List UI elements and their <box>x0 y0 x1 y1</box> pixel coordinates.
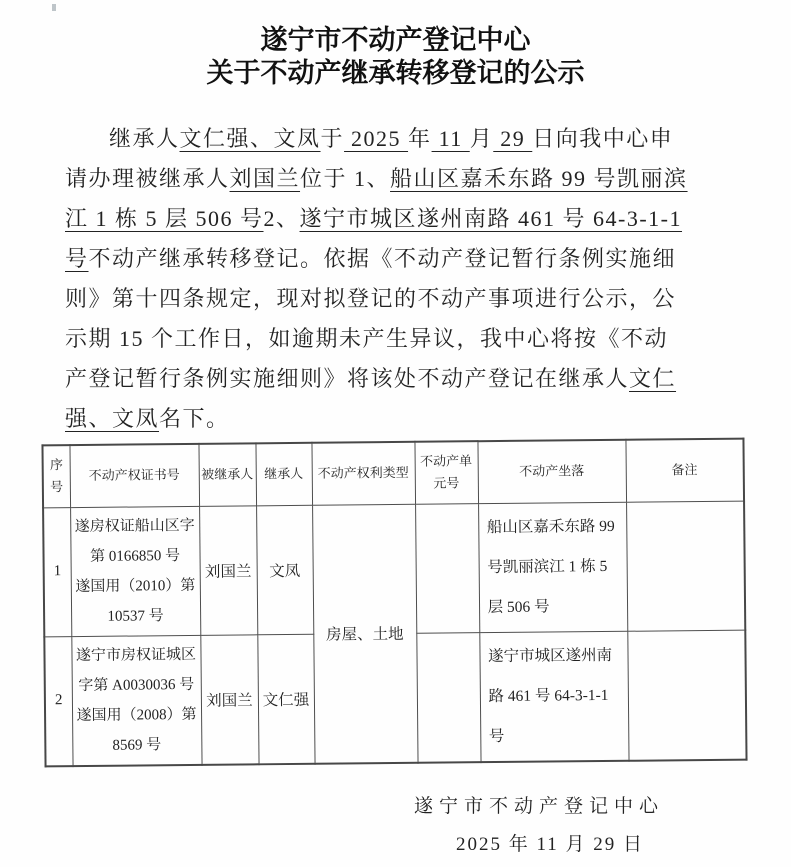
underlined-text: 船山区嘉禾东路 99 号凯丽滨 <box>390 166 688 191</box>
body-line: 请办理被继承人刘国兰位于 1、船山区嘉禾东路 99 号凯丽滨 <box>65 162 745 202</box>
cell-seq-2: 2 <box>44 636 72 766</box>
cell-heir-2: 文仁强 <box>257 634 314 764</box>
text-segment: 不动产继承转移登记。依据《不动产登记暂行条例实施细 <box>89 246 677 271</box>
cell-unit-2 <box>416 632 480 762</box>
registration-table: 序号 不动产权证书号 被继承人 继承人 不动产权利类型 不动产单元号 不动产坐落… <box>41 438 747 767</box>
text-segment: 继承人 <box>109 126 180 151</box>
header-decedent: 被继承人 <box>198 443 256 506</box>
title-line-1: 遂宁市不动产登记中心 <box>0 24 791 57</box>
cell-location-2: 遂宁市城区遂州南路 461 号 64-3-1-1 号 <box>479 631 628 762</box>
text-segment: 于 <box>321 126 345 151</box>
body-line: 号不动产继承转移登记。依据《不动产登记暂行条例实施细 <box>65 242 745 282</box>
underlined-text: 强、文凤 <box>65 406 159 431</box>
body-line: 强、文凤名下。 <box>65 402 745 442</box>
notice-body: 继承人文仁强、文凤于 2025 年 11 月 29 日向我中心申请办理被继承人刘… <box>65 122 745 442</box>
text-segment: 月 <box>470 126 494 151</box>
signature-date: 2025 年 11 月 29 日 <box>456 829 644 856</box>
body-line: 继承人文仁强、文凤于 2025 年 11 月 29 日向我中心申 <box>65 122 745 162</box>
cell-right-type: 房屋、土地 <box>312 504 417 763</box>
underlined-text: 文仁 <box>629 366 676 391</box>
cell-unit-1 <box>415 503 479 633</box>
text-segment: 产登记暂行条例实施细则》将该处不动产登记在继承人 <box>65 366 629 391</box>
underlined-text: 刘国兰 <box>230 166 301 191</box>
document-title: 遂宁市不动产登记中心 关于不动产继承转移登记的公示 <box>0 24 791 90</box>
header-unit-no: 不动产单元号 <box>414 441 478 504</box>
notice-document: 遂宁市不动产登记中心 关于不动产继承转移登记的公示 继承人文仁强、文凤于 202… <box>0 0 791 867</box>
body-line: 示期 15 个工作日，如逾期未产生异议，我中心将按《不动 <box>65 322 745 362</box>
cell-location-1: 船山区嘉禾东路 99 号凯丽滨江 1 栋 5 层 506 号 <box>478 502 627 632</box>
cell-heir-1: 文凤 <box>256 505 313 635</box>
underlined-text: 2025 <box>344 126 408 151</box>
body-line: 江 1 栋 5 层 506 号2、遂宁市城区遂州南路 461 号 64-3-1-… <box>65 202 745 242</box>
body-line: 则》第十四条规定，现对拟登记的不动产事项进行公示，公 <box>65 282 745 322</box>
title-line-2: 关于不动产继承转移登记的公示 <box>0 57 791 90</box>
cell-note-2 <box>627 630 746 761</box>
text-segment: 日向我中心申 <box>532 126 673 151</box>
underlined-text: 文仁强、文凤 <box>180 126 321 151</box>
table-row: 1 遂房权证船山区字第 0166850 号 遂国用（2010）第 10537 号… <box>43 501 745 637</box>
header-cert-no: 不动产权证书号 <box>69 444 199 507</box>
cell-note-1 <box>626 501 745 631</box>
cell-decedent-2: 刘国兰 <box>200 634 258 764</box>
signature-org: 遂宁市不动产登记中心 <box>414 791 664 818</box>
cell-cert-2: 遂宁市房权证城区字第 A0030036 号 遂国用（2008）第 8569 号 <box>71 635 201 766</box>
text-segment: 名下。 <box>159 406 230 431</box>
underlined-text: 号 <box>65 246 89 271</box>
table-header-row: 序号 不动产权证书号 被继承人 继承人 不动产权利类型 不动产单元号 不动产坐落… <box>42 439 744 508</box>
text-segment: 请办理被继承人 <box>65 166 230 191</box>
text-segment: 位于 1、 <box>300 166 390 191</box>
header-remark: 备注 <box>625 439 744 502</box>
header-heir: 继承人 <box>255 443 312 506</box>
underlined-text: 江 1 栋 5 层 506 号 <box>65 206 264 231</box>
cell-cert-1: 遂房权证船山区字第 0166850 号 遂国用（2010）第 10537 号 <box>70 506 200 636</box>
text-segment: 则》第十四条规定，现对拟登记的不动产事项进行公示，公 <box>65 286 676 311</box>
underlined-text: 29 <box>493 126 532 151</box>
cert-line: 遂国用（2010）第 10537 号 <box>74 570 197 631</box>
header-seq: 序号 <box>42 445 70 507</box>
text-segment: 年 <box>408 126 432 151</box>
body-line: 产登记暂行条例实施细则》将该处不动产登记在继承人文仁 <box>65 362 745 402</box>
cell-seq-1: 1 <box>43 507 71 636</box>
underlined-text: 遂宁市城区遂州南路 461 号 64-3-1-1 <box>300 206 682 231</box>
cell-decedent-1: 刘国兰 <box>199 505 257 635</box>
text-segment: 2、 <box>264 206 300 231</box>
header-right-type: 不动产权利类型 <box>311 442 415 505</box>
cert-line: 遂房权证船山区字第 0166850 号 <box>74 510 197 571</box>
scan-artifact <box>52 4 56 11</box>
header-location: 不动产坐落 <box>477 440 626 503</box>
underlined-text: 11 <box>432 126 470 151</box>
cert-line: 遂国用（2008）第 8569 号 <box>75 699 198 760</box>
cert-line: 遂宁市房权证城区字第 A0030036 号 <box>75 639 198 700</box>
text-segment: 示期 15 个工作日，如逾期未产生异议，我中心将按《不动 <box>65 326 668 351</box>
